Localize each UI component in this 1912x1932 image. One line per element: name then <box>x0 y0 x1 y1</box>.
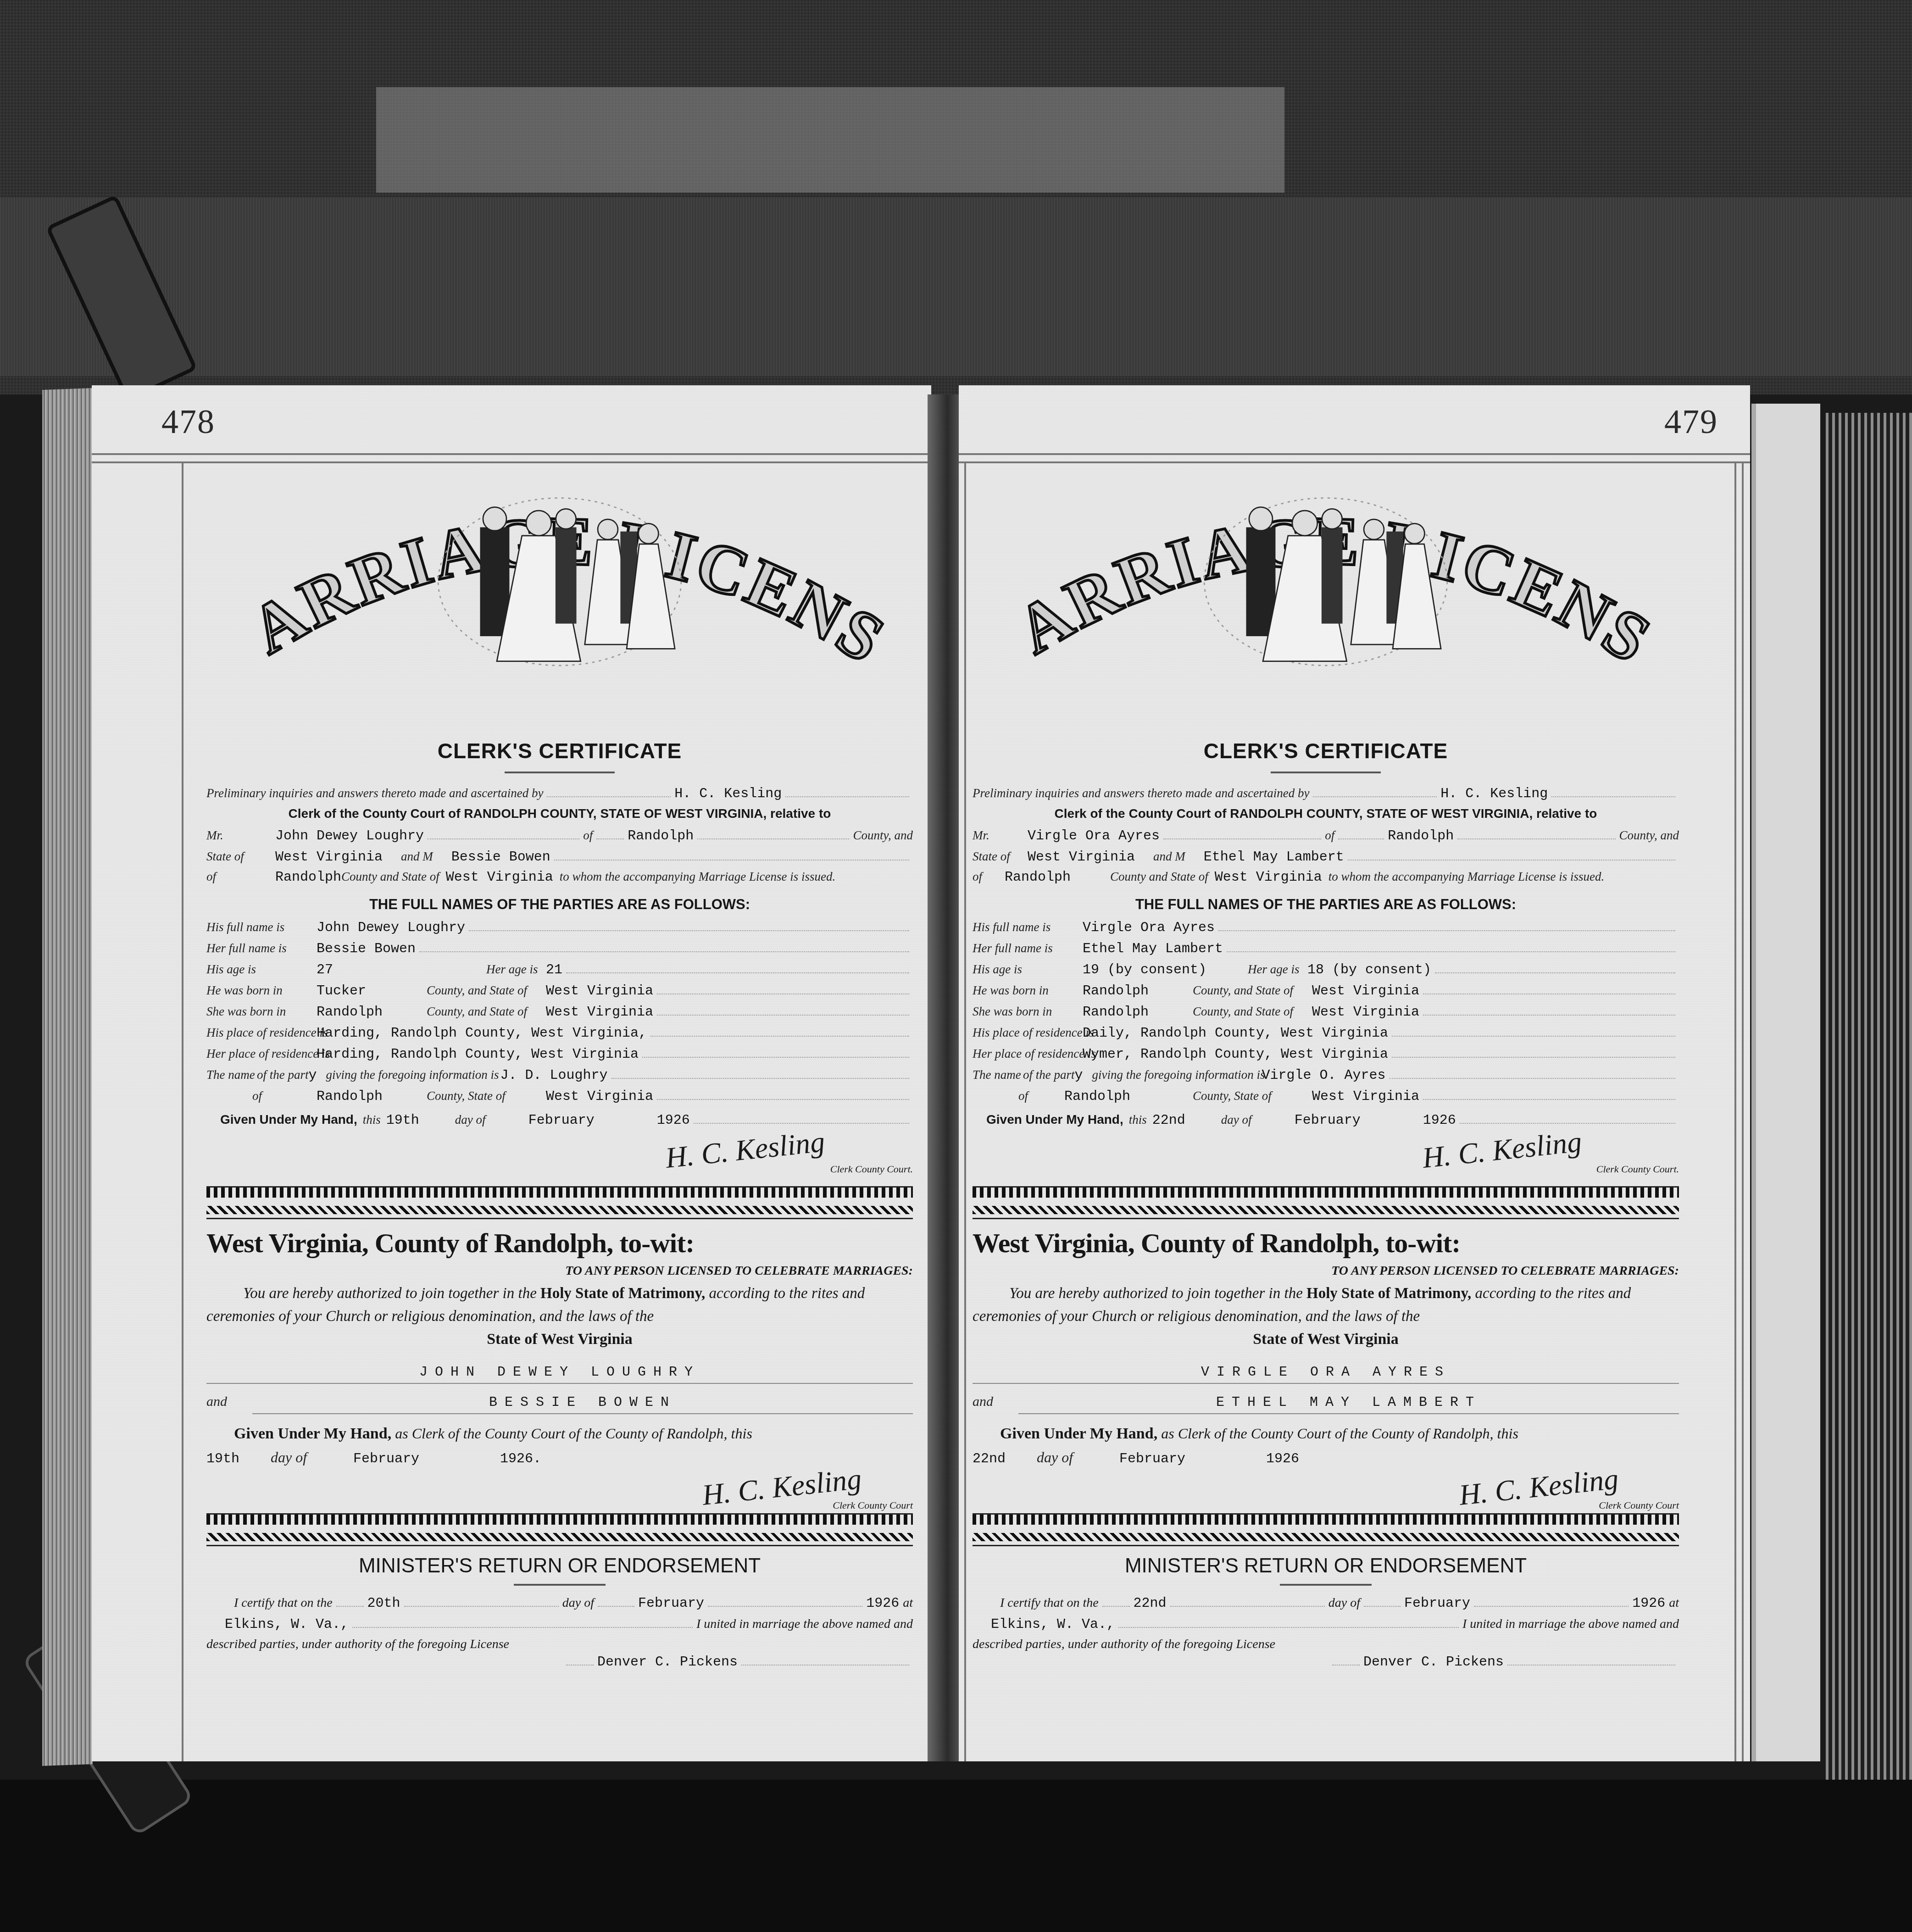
authorization-text: You are hereby authorized to join togeth… <box>206 1282 913 1328</box>
he-born-state: West Virginia <box>546 983 653 999</box>
her-age: 18 (by consent) <box>1307 962 1431 978</box>
page-left: 478 MARRIAGE LICENSE C <box>92 385 931 1761</box>
authorization-text: You are hereby authorized to join togeth… <box>973 1282 1679 1328</box>
header-rule <box>92 453 931 463</box>
ornamental-border <box>973 1513 1679 1546</box>
margin-rule <box>1742 463 1744 1761</box>
united-label: I united in marriage the above named and <box>696 1617 913 1632</box>
bride-name: Bessie Bowen <box>451 849 550 865</box>
given-day: 22nd <box>1152 1113 1221 1128</box>
he-born-county: Randolph <box>1083 983 1193 999</box>
her-residence: Wymer, Randolph County, West Virginia <box>1083 1047 1388 1062</box>
informant-name: Virgle O. Ayres <box>1262 1068 1386 1083</box>
informant-label: The name <box>206 1068 257 1082</box>
she-born-label: She was born in <box>973 1005 1083 1019</box>
form-title: MARRIAGE LICENSE <box>206 477 913 670</box>
county-and-state-label: County and State of <box>1110 870 1208 884</box>
page-number: 479 <box>1664 403 1718 442</box>
given-label: Given Under My Hand, <box>986 1112 1123 1127</box>
he-born-label: He was born in <box>973 983 1083 998</box>
groom-name: John Dewey Loughry <box>275 828 424 844</box>
of-label: of <box>583 828 593 843</box>
his-full-name: Virgle Ora Ayres <box>1083 920 1215 936</box>
bride-state: West Virginia <box>446 870 553 885</box>
her-residence: Harding, Randolph County, West Virginia <box>317 1047 639 1062</box>
of-label: of <box>973 870 1005 884</box>
groom-county: Randolph <box>1388 828 1454 844</box>
book-gutter <box>928 394 961 1761</box>
and-m-label: and M <box>1153 849 1185 864</box>
informant-state: West Virginia <box>1312 1089 1419 1105</box>
ascertained-by: H. C. Kesling <box>1440 786 1548 802</box>
license-party-2: ETHEL MAY LAMBERT <box>1018 1391 1679 1414</box>
minister-day: 20th <box>367 1596 400 1611</box>
informant-party-suffix: y <box>1075 1068 1083 1083</box>
his-residence-label: His place of residence is <box>206 1026 317 1040</box>
minister-year: 1926 <box>1632 1596 1665 1611</box>
groom-name: Virgle Ora Ayres <box>1028 828 1160 844</box>
he-born-state: West Virginia <box>1312 983 1419 999</box>
license-month: February <box>353 1451 500 1467</box>
county-and-label: County, and <box>1619 828 1679 843</box>
of-label: of <box>206 870 275 884</box>
she-born-state: West Virginia <box>546 1005 653 1020</box>
bride-county: Randolph <box>275 870 341 885</box>
given-day: 19th <box>386 1113 455 1128</box>
page-number: 478 <box>161 403 215 442</box>
divider <box>1271 772 1381 773</box>
she-born-county: Randolph <box>317 1005 427 1020</box>
day-of-label: day of <box>271 1449 353 1466</box>
signature-caption: Clerk County Court <box>833 1499 913 1511</box>
his-residence: Daily, Randolph County, West Virginia <box>1083 1026 1388 1041</box>
fabric-backdrop <box>1826 413 1912 1789</box>
to-whom-label: to whom the accompanying Marriage Licens… <box>560 870 835 884</box>
ministers-return-heading: MINISTER'S RETURN OR ENDORSEMENT <box>206 1554 913 1577</box>
ascertained-by: H. C. Kesling <box>674 786 782 802</box>
parties-heading: THE FULL NAMES OF THE PARTIES ARE AS FOL… <box>206 896 913 913</box>
state-line: State of West Virginia <box>973 1331 1679 1348</box>
day-of-label: day of <box>455 1113 528 1127</box>
form-title: MARRIAGE LICENSE <box>973 477 1679 670</box>
given-year: 1926 <box>657 1113 690 1128</box>
state-line: State of West Virginia <box>206 1331 913 1348</box>
minister-year: 1926 <box>866 1596 899 1611</box>
her-full-name-label: Her full name is <box>206 941 317 955</box>
margin-rule <box>1734 463 1736 1761</box>
he-born-county: Tucker <box>317 983 427 999</box>
his-full-name-label: His full name is <box>973 920 1083 934</box>
informant-county: Randolph <box>1064 1089 1193 1105</box>
informant-label: The name <box>973 1068 1023 1082</box>
and-m-label: and M <box>401 849 433 864</box>
clerks-certificate-heading: CLERK'S CERTIFICATE <box>973 738 1679 763</box>
day-of-label: day of <box>1328 1596 1360 1610</box>
her-full-name-label: Her full name is <box>973 941 1083 955</box>
header-rule <box>959 453 1750 463</box>
day-of-label: day of <box>562 1596 594 1610</box>
at-label: at <box>1669 1596 1679 1610</box>
minister-day: 22nd <box>1134 1596 1167 1611</box>
and-label: and <box>973 1394 1018 1410</box>
preliminary-label: Preliminary inquiries and answers theret… <box>973 786 1309 800</box>
county-and-state-label: County and State of <box>341 870 439 884</box>
signature-caption: Clerk County Court <box>1599 1499 1679 1511</box>
ministers-return-heading: MINISTER'S RETURN OR ENDORSEMENT <box>973 1554 1679 1577</box>
divider <box>1280 1584 1372 1586</box>
page-block-edge-right <box>1751 404 1820 1761</box>
her-full-name: Bessie Bowen <box>317 941 416 957</box>
clerk-line: Clerk of the County Court of RANDOLPH CO… <box>1055 806 1597 821</box>
license-heading: West Virginia, County of Randolph, to-wi… <box>973 1227 1679 1259</box>
given-year: 1926 <box>1423 1113 1456 1128</box>
informant-state: West Virginia <box>546 1089 653 1105</box>
she-born-county: Randolph <box>1083 1005 1193 1020</box>
groom-county: Randolph <box>628 828 694 844</box>
page-right: 479 MARRIAGE LICENSE <box>959 385 1750 1761</box>
his-age: 19 (by consent) <box>1083 962 1248 978</box>
his-residence-label: His place of residence is <box>973 1026 1083 1040</box>
given-month: February <box>528 1113 657 1128</box>
united-label: I united in marriage the above named and <box>1462 1617 1679 1632</box>
informant-label: of the part <box>1023 1068 1075 1082</box>
county-and-label: County, and <box>853 828 913 843</box>
marriage-place: Elkins, W. Va., <box>225 1617 349 1632</box>
to-any-person: TO ANY PERSON LICENSED TO CELEBRATE MARR… <box>973 1264 1679 1278</box>
signature-caption: Clerk County Court. <box>830 1163 913 1175</box>
his-age: 27 <box>317 962 486 978</box>
license-party-1: JOHN DEWEY LOUGHRY <box>206 1361 913 1384</box>
bride-county: Randolph <box>1005 870 1110 885</box>
minister-name: Denver C. Pickens <box>597 1654 738 1670</box>
this-label: this <box>1129 1113 1147 1127</box>
state-of-label: State of <box>206 849 275 864</box>
this-label: this <box>363 1113 381 1127</box>
ornamental-border <box>206 1186 913 1219</box>
minister-name: Denver C. Pickens <box>1363 1654 1504 1670</box>
day-of-label: day of <box>1037 1449 1119 1466</box>
county-state-of-label: County, and State of <box>427 1005 546 1019</box>
mr-label: Mr. <box>206 828 275 843</box>
informant-label: of the part <box>257 1068 309 1082</box>
to-any-person: TO ANY PERSON LICENSED TO CELEBRATE MARR… <box>206 1264 913 1278</box>
day-of-label: day of <box>1221 1113 1295 1127</box>
divider <box>505 772 615 773</box>
informant-label: giving the foregoing information is <box>1092 1068 1262 1082</box>
county-state-label: County, State of <box>1193 1089 1312 1103</box>
clerk-line: Clerk of the County Court of RANDOLPH CO… <box>289 806 831 821</box>
her-full-name: Ethel May Lambert <box>1083 941 1223 957</box>
license-party-1: VIRGLE ORA AYRES <box>973 1361 1679 1384</box>
cover-band <box>0 197 1912 376</box>
ornamental-border <box>206 1513 913 1546</box>
parties-heading: THE FULL NAMES OF THE PARTIES ARE AS FOL… <box>973 896 1679 913</box>
license-day: 19th <box>206 1451 271 1467</box>
certify-label: I certify that on the <box>234 1596 333 1610</box>
his-full-name-label: His full name is <box>206 920 317 934</box>
bride-name: Ethel May Lambert <box>1204 849 1344 865</box>
minister-month: February <box>638 1596 704 1611</box>
given-month: February <box>1295 1113 1423 1128</box>
he-born-label: He was born in <box>206 983 317 998</box>
margin-rule <box>964 463 966 1761</box>
state-of-label: State of <box>973 849 1028 864</box>
county-state-label: County, State of <box>427 1089 546 1103</box>
bride-state: West Virginia <box>1215 870 1322 885</box>
county-state-of-label: County, and State of <box>427 983 546 998</box>
license-year: 1926. <box>500 1451 541 1467</box>
license-given-line: Given Under My Hand, as Clerk of the Cou… <box>973 1425 1679 1443</box>
county-state-of-label: County, and State of <box>1193 983 1312 998</box>
her-age: 21 <box>546 962 562 978</box>
informant-county: Randolph <box>317 1089 427 1105</box>
his-age-label: His age is <box>973 962 1083 977</box>
described-label: described parties, under authority of th… <box>973 1637 1275 1652</box>
paper-slip <box>376 87 1284 193</box>
license-year: 1926 <box>1266 1451 1299 1467</box>
license-heading: West Virginia, County of Randolph, to-wi… <box>206 1227 913 1259</box>
signature-caption: Clerk County Court. <box>1596 1163 1679 1175</box>
her-age-label: Her age is <box>1248 962 1307 977</box>
clerks-certificate-heading: CLERK'S CERTIFICATE <box>206 738 913 763</box>
minister-month: February <box>1404 1596 1470 1611</box>
divider <box>514 1584 606 1586</box>
certify-label: I certify that on the <box>1000 1596 1099 1610</box>
his-full-name: John Dewey Loughry <box>317 920 465 936</box>
license-given-line: Given Under My Hand, as Clerk of the Cou… <box>206 1425 913 1443</box>
her-age-label: Her age is <box>486 962 546 977</box>
preliminary-label: Preliminary inquiries and answers theret… <box>206 786 543 800</box>
marriage-license-form: MARRIAGE LICENSE CLERK'S CERTIFICATE Pre… <box>973 477 1679 1675</box>
informant-label: giving the foregoing information is <box>326 1068 500 1082</box>
license-day: 22nd <box>973 1451 1037 1467</box>
informant-of-label: of <box>206 1089 317 1103</box>
informant-of-label: of <box>973 1089 1064 1103</box>
page-block-edge-left <box>42 388 93 1766</box>
scanner-bed-bottom <box>0 1780 1912 1932</box>
his-residence: Harding, Randolph County, West Virginia, <box>317 1026 647 1041</box>
marriage-place: Elkins, W. Va., <box>991 1617 1115 1632</box>
license-month: February <box>1119 1451 1266 1467</box>
at-label: at <box>903 1596 913 1610</box>
ornamental-border <box>973 1186 1679 1219</box>
informant-name: J. D. Loughry <box>500 1068 608 1083</box>
to-whom-label: to whom the accompanying Marriage Licens… <box>1328 870 1604 884</box>
margin-rule <box>182 463 183 1761</box>
marriage-license-form: MARRIAGE LICENSE CLERK'S CERTIFICATE Pre… <box>206 477 913 1675</box>
and-label: and <box>206 1394 252 1410</box>
groom-state: West Virginia <box>1028 849 1135 865</box>
her-residence-label: Her place of residence is <box>973 1047 1083 1061</box>
given-label: Given Under My Hand, <box>220 1112 357 1127</box>
she-born-state: West Virginia <box>1312 1005 1419 1020</box>
she-born-label: She was born in <box>206 1005 317 1019</box>
informant-party-suffix: y <box>309 1068 317 1083</box>
groom-state: West Virginia <box>275 849 383 865</box>
wedding-illustration-icon <box>206 477 913 670</box>
wedding-illustration-icon <box>973 477 1679 670</box>
of-label: of <box>1325 828 1334 843</box>
described-label: described parties, under authority of th… <box>206 1637 509 1652</box>
his-age-label: His age is <box>206 962 317 977</box>
her-residence-label: Her place of residence is <box>206 1047 317 1061</box>
mr-label: Mr. <box>973 828 1028 843</box>
county-state-of-label: County, and State of <box>1193 1005 1312 1019</box>
license-party-2: BESSIE BOWEN <box>252 1391 913 1414</box>
